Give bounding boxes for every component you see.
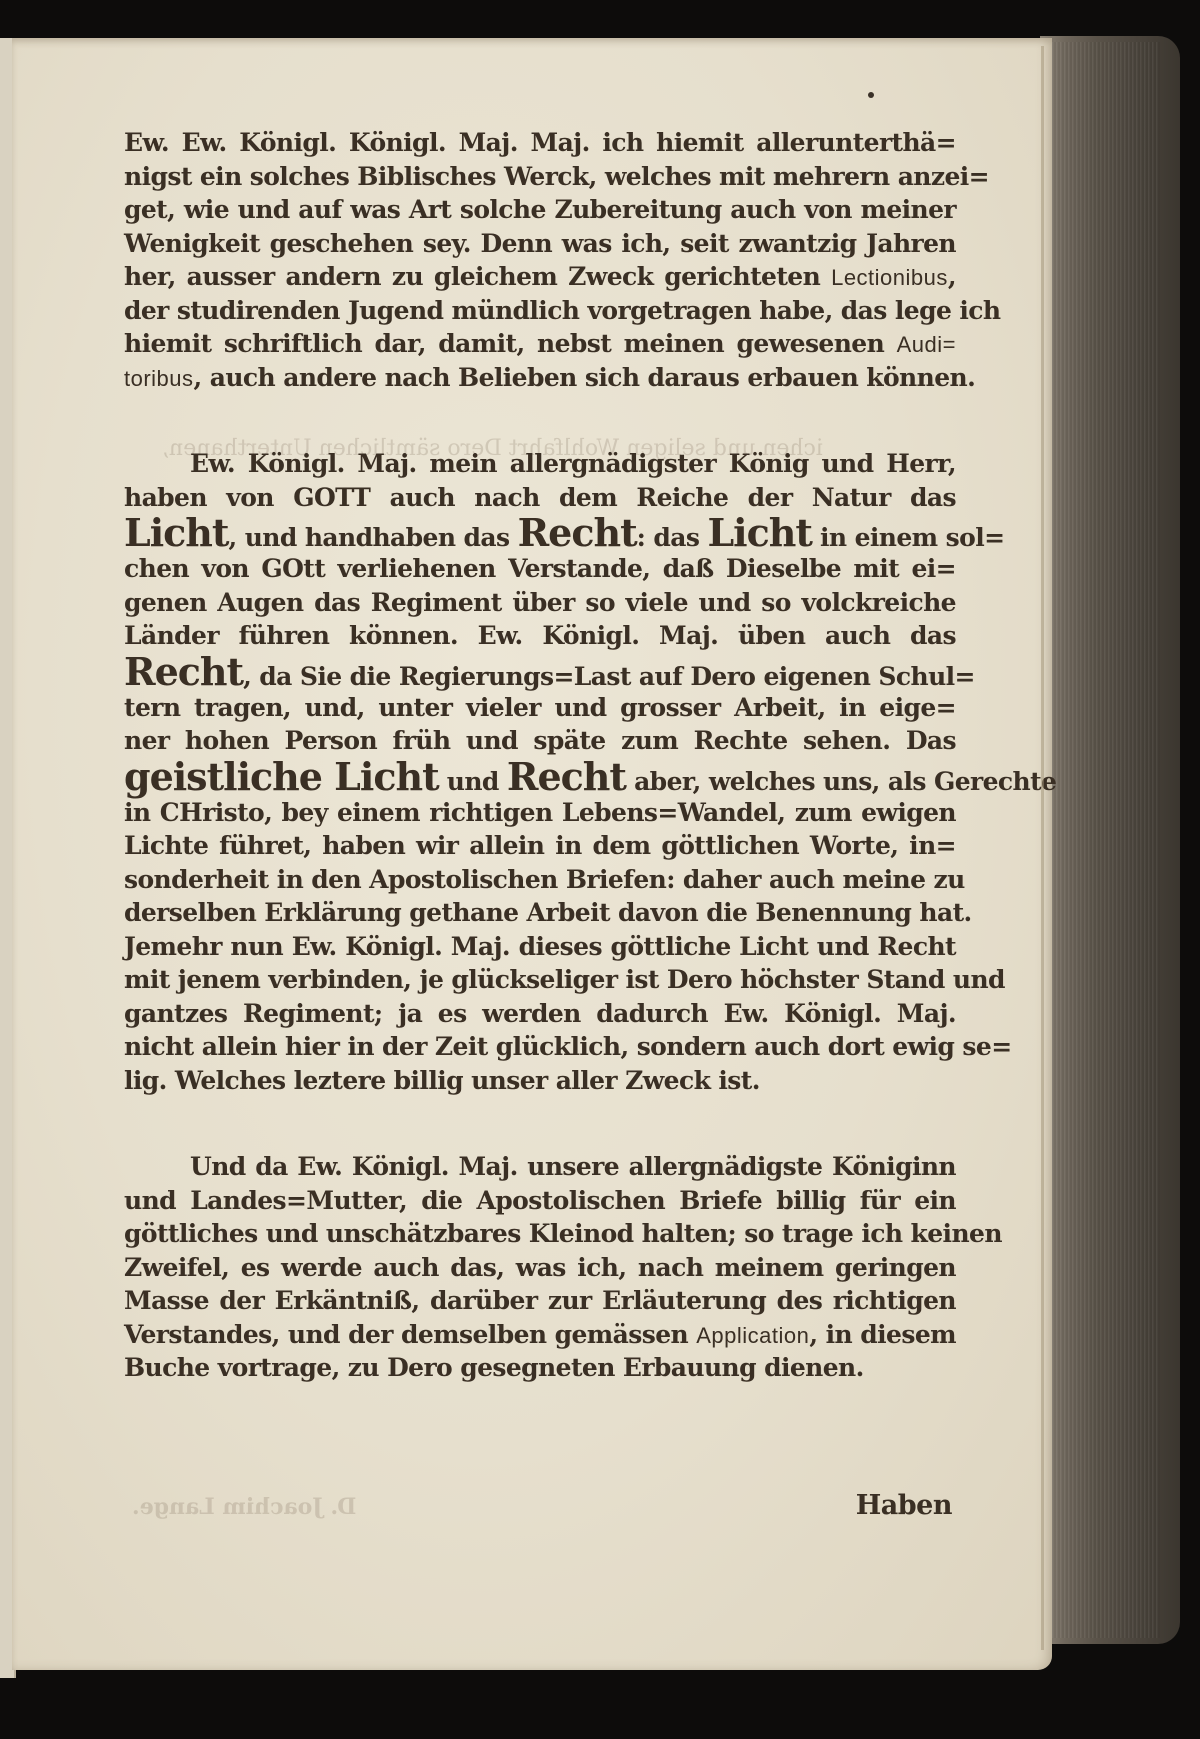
text-line: Länder führen können. Ew. Königl. Maj. ü… xyxy=(124,619,956,653)
text-run: hiemit schriftlich dar, damit, nebst mei… xyxy=(124,329,897,358)
text-line: hiemit schriftlich dar, damit, nebst mei… xyxy=(124,327,956,361)
text-line: sonderheit in den Apostolischen Briefen:… xyxy=(124,863,956,897)
text-line: nigst ein solches Biblisches Werck, welc… xyxy=(124,160,956,194)
latin-word: toribus xyxy=(124,366,194,391)
text-line: geistliche Licht und Recht aber, welches… xyxy=(124,758,956,796)
text-line: tern tragen, und, unter vieler und gross… xyxy=(124,691,956,725)
text-run: : das xyxy=(637,523,708,552)
text-line: chen von GOtt verliehenen Verstande, daß… xyxy=(124,552,956,586)
emphasis-word: Licht xyxy=(124,510,228,555)
emphasis-word: geistliche Licht xyxy=(124,754,439,799)
text-line: Lichte führet, haben wir allein in dem g… xyxy=(124,829,956,863)
text-run: , in diesem xyxy=(809,1320,956,1349)
text-line: toribus, auch andere nach Belieben sich … xyxy=(124,361,956,395)
text-line: Licht, und handhaben das Recht: das Lich… xyxy=(124,514,956,552)
text-line: lig. Welches leztere billig unser aller … xyxy=(124,1064,956,1098)
text-run: Verstandes, und der demselben gemässen xyxy=(124,1320,696,1349)
text-line: und Landes=Mutter, die Apostolischen Bri… xyxy=(124,1184,956,1218)
text-line: Zweifel, es werde auch das, was ich, nac… xyxy=(124,1251,956,1285)
text-line: Wenigkeit geschehen sey. Denn was ich, s… xyxy=(124,227,956,261)
text-line: Verstandes, und der demselben gemässen A… xyxy=(124,1318,956,1352)
text-line: der studirenden Jugend mündlich vorgetra… xyxy=(124,294,956,328)
text-run: und xyxy=(439,767,507,796)
text-line: göttliches und unschätzbares Kleinod hal… xyxy=(124,1217,956,1251)
text-line: Ew. Königl. Maj. mein allergnädigster Kö… xyxy=(124,447,956,481)
emphasis-word: Recht xyxy=(518,510,637,555)
text-line: get, wie und auf was Art solche Zubereit… xyxy=(124,193,956,227)
text-line: Buche vortrage, zu Dero gesegneten Erbau… xyxy=(124,1351,956,1385)
text-line: derselben Erklärung gethane Arbeit davon… xyxy=(124,896,956,930)
latin-word: Audi= xyxy=(897,332,956,357)
text-line: her, ausser andern zu gleichem Zweck ger… xyxy=(124,260,956,294)
text-line: mit jenem verbinden, je glückseliger ist… xyxy=(124,963,956,997)
text-run: , auch andere nach Belieben sich daraus … xyxy=(194,363,976,392)
text-line: Ew. Ew. Königl. Königl. Maj. Maj. ich hi… xyxy=(124,126,956,160)
text-run: , xyxy=(948,262,956,291)
paragraph-2: Ew. Königl. Maj. mein allergnädigster Kö… xyxy=(124,447,956,1097)
paragraph-1: Ew. Ew. Königl. Königl. Maj. Maj. ich hi… xyxy=(124,126,956,394)
text-line: nicht allein hier in der Zeit glücklich,… xyxy=(124,1030,956,1064)
latin-word: Application xyxy=(696,1323,809,1348)
text-line: ner hohen Person früh und späte zum Rech… xyxy=(124,724,956,758)
text-line: gantzes Regiment; ja es werden dadurch E… xyxy=(124,997,956,1031)
latin-word: Lectionibus xyxy=(831,265,948,290)
text-line: Und da Ew. Königl. Maj. unsere allergnäd… xyxy=(124,1150,956,1184)
emphasis-word: Licht xyxy=(707,510,811,555)
emphasis-word: Recht xyxy=(124,649,243,694)
scan-background: ichen und seligen Wohlfahrt Dero sämtlic… xyxy=(0,0,1200,1739)
book-page-edges xyxy=(1040,36,1180,1644)
paragraph-3: Und da Ew. Königl. Maj. unsere allergnäd… xyxy=(124,1150,956,1385)
paragraph-gap xyxy=(124,1097,956,1150)
text-line: Masse der Erkäntniß, darüber zur Erläute… xyxy=(124,1284,956,1318)
book-page: ichen und seligen Wohlfahrt Dero sämtlic… xyxy=(12,38,1052,1670)
text-line: Jemehr nun Ew. Königl. Maj. dieses göttl… xyxy=(124,930,956,964)
text-line: in CHristo, bey einem richtigen Lebens=W… xyxy=(124,796,956,830)
text-run: aber, welches uns, als Gerechte xyxy=(626,767,1056,796)
paragraph-gap xyxy=(124,394,956,447)
text-run: , und handhaben das xyxy=(228,523,517,552)
emphasis-word: Recht xyxy=(507,754,626,799)
catchword: Haben xyxy=(856,1490,952,1521)
text-run: in einem sol= xyxy=(812,523,1005,552)
text-line: haben von GOTT auch nach dem Reiche der … xyxy=(124,481,956,515)
text-line: genen Augen das Regiment über so viele u… xyxy=(124,586,956,620)
body-text: Ew. Ew. Königl. Königl. Maj. Maj. ich hi… xyxy=(124,126,956,1385)
show-through-signature: D. Joachim Lange. xyxy=(132,1494,356,1520)
text-run: , da Sie die Regierungs=Last auf Dero ei… xyxy=(243,662,975,691)
text-run: her, ausser andern zu gleichem Zweck ger… xyxy=(124,262,831,291)
text-line: Recht, da Sie die Regierungs=Last auf De… xyxy=(124,653,956,691)
paper-speck xyxy=(868,92,874,98)
